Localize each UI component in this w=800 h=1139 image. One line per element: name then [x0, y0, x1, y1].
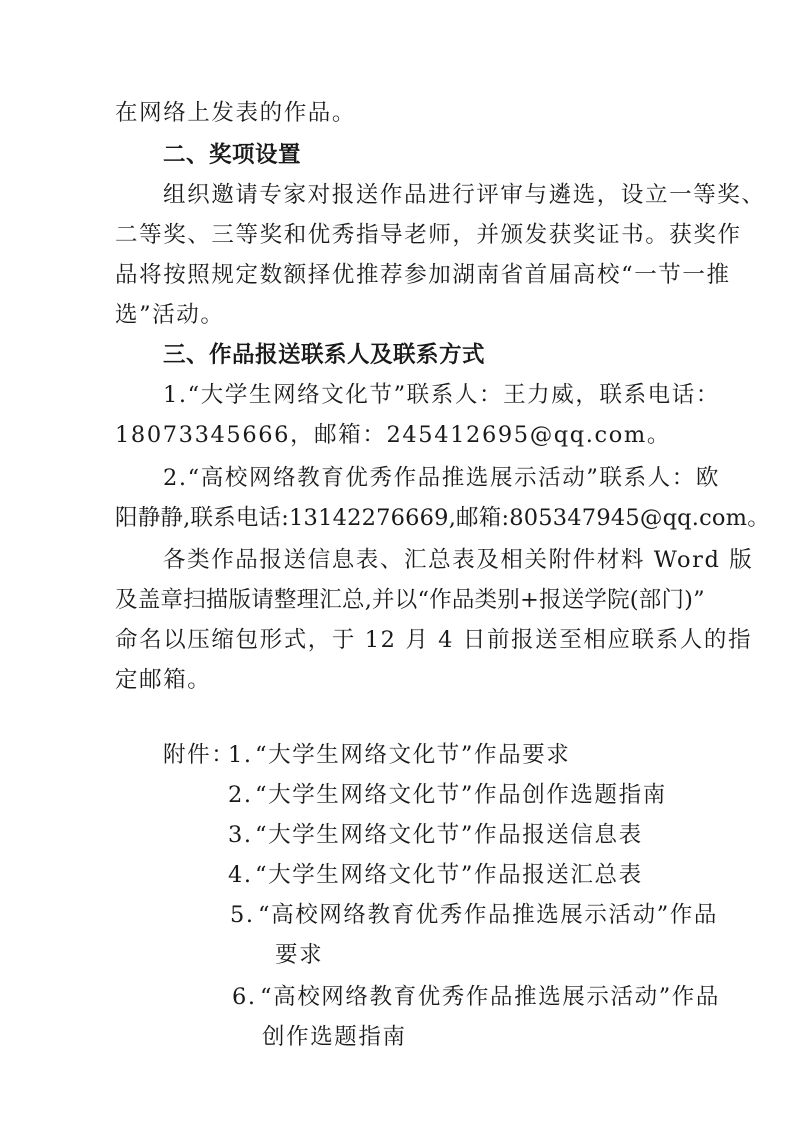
section-heading-awards: 二、奖项设置	[163, 140, 301, 170]
attachment-item: “高校网络教育优秀作品推选展示活动”作品	[258, 900, 718, 930]
attachment-number: 3.	[228, 820, 253, 850]
attachment-number: 2.	[228, 780, 253, 810]
submission-line: 定邮箱。	[115, 665, 211, 695]
section-heading-contacts: 三、作品报送联系人及联系方式	[163, 340, 485, 370]
attachment-number: 4.	[228, 860, 253, 890]
awards-paragraph-line: 二等奖、三等奖和优秀指导老师，并颁发获奖证书。获奖作	[115, 220, 742, 250]
attachment-number: 6.	[232, 982, 257, 1012]
contact2-line: 阳静静,联系电话:13142276669,邮箱:805347945@qq.com…	[115, 503, 770, 533]
awards-paragraph-line: 组织邀请专家对报送作品进行评审与遴选，设立一等奖、	[163, 180, 766, 210]
contact2-line: 2.“高校网络教育优秀作品推选展示活动”联系人：欧	[163, 463, 720, 493]
submission-line: 命名以压缩包形式，于 12 月 4 日前报送至相应联系人的指	[115, 625, 752, 655]
attachment-item: “大学生网络文化节”作品报送汇总表	[255, 860, 643, 890]
attachment-item: “高校网络教育优秀作品推选展示活动”作品	[260, 982, 720, 1012]
attachment-item: “大学生网络文化节”作品报送信息表	[255, 820, 643, 850]
contact1-line: 18073345666，邮箱：245412695@qq.com。	[115, 420, 671, 450]
attachment-item-continuation: 创作选题指南	[262, 1022, 407, 1052]
attachment-item: “大学生网络文化节”作品要求	[255, 740, 570, 770]
attachment-item: “大学生网络文化节”作品创作选题指南	[255, 780, 667, 810]
awards-paragraph-line: 选”活动。	[115, 300, 225, 330]
submission-line: 各类作品报送信息表、汇总表及相关附件材料 Word 版	[163, 545, 753, 575]
attachment-item-continuation: 要求	[275, 940, 323, 970]
attachments-label: 附件：	[163, 740, 235, 770]
submission-line: 及盖章扫描版请整理汇总,并以“作品类别+报送学院(部门)”	[115, 585, 705, 615]
attachment-number: 5.	[230, 900, 255, 930]
awards-paragraph-line: 品将按照规定数额择优推荐参加湖南省首届高校“一节一推	[115, 260, 731, 290]
intro-tail-text: 在网络上发表的作品。	[115, 98, 356, 128]
attachment-number: 1.	[228, 740, 253, 770]
contact1-line: 1.“大学生网络文化节”联系人：王力威，联系电话：	[163, 380, 720, 410]
